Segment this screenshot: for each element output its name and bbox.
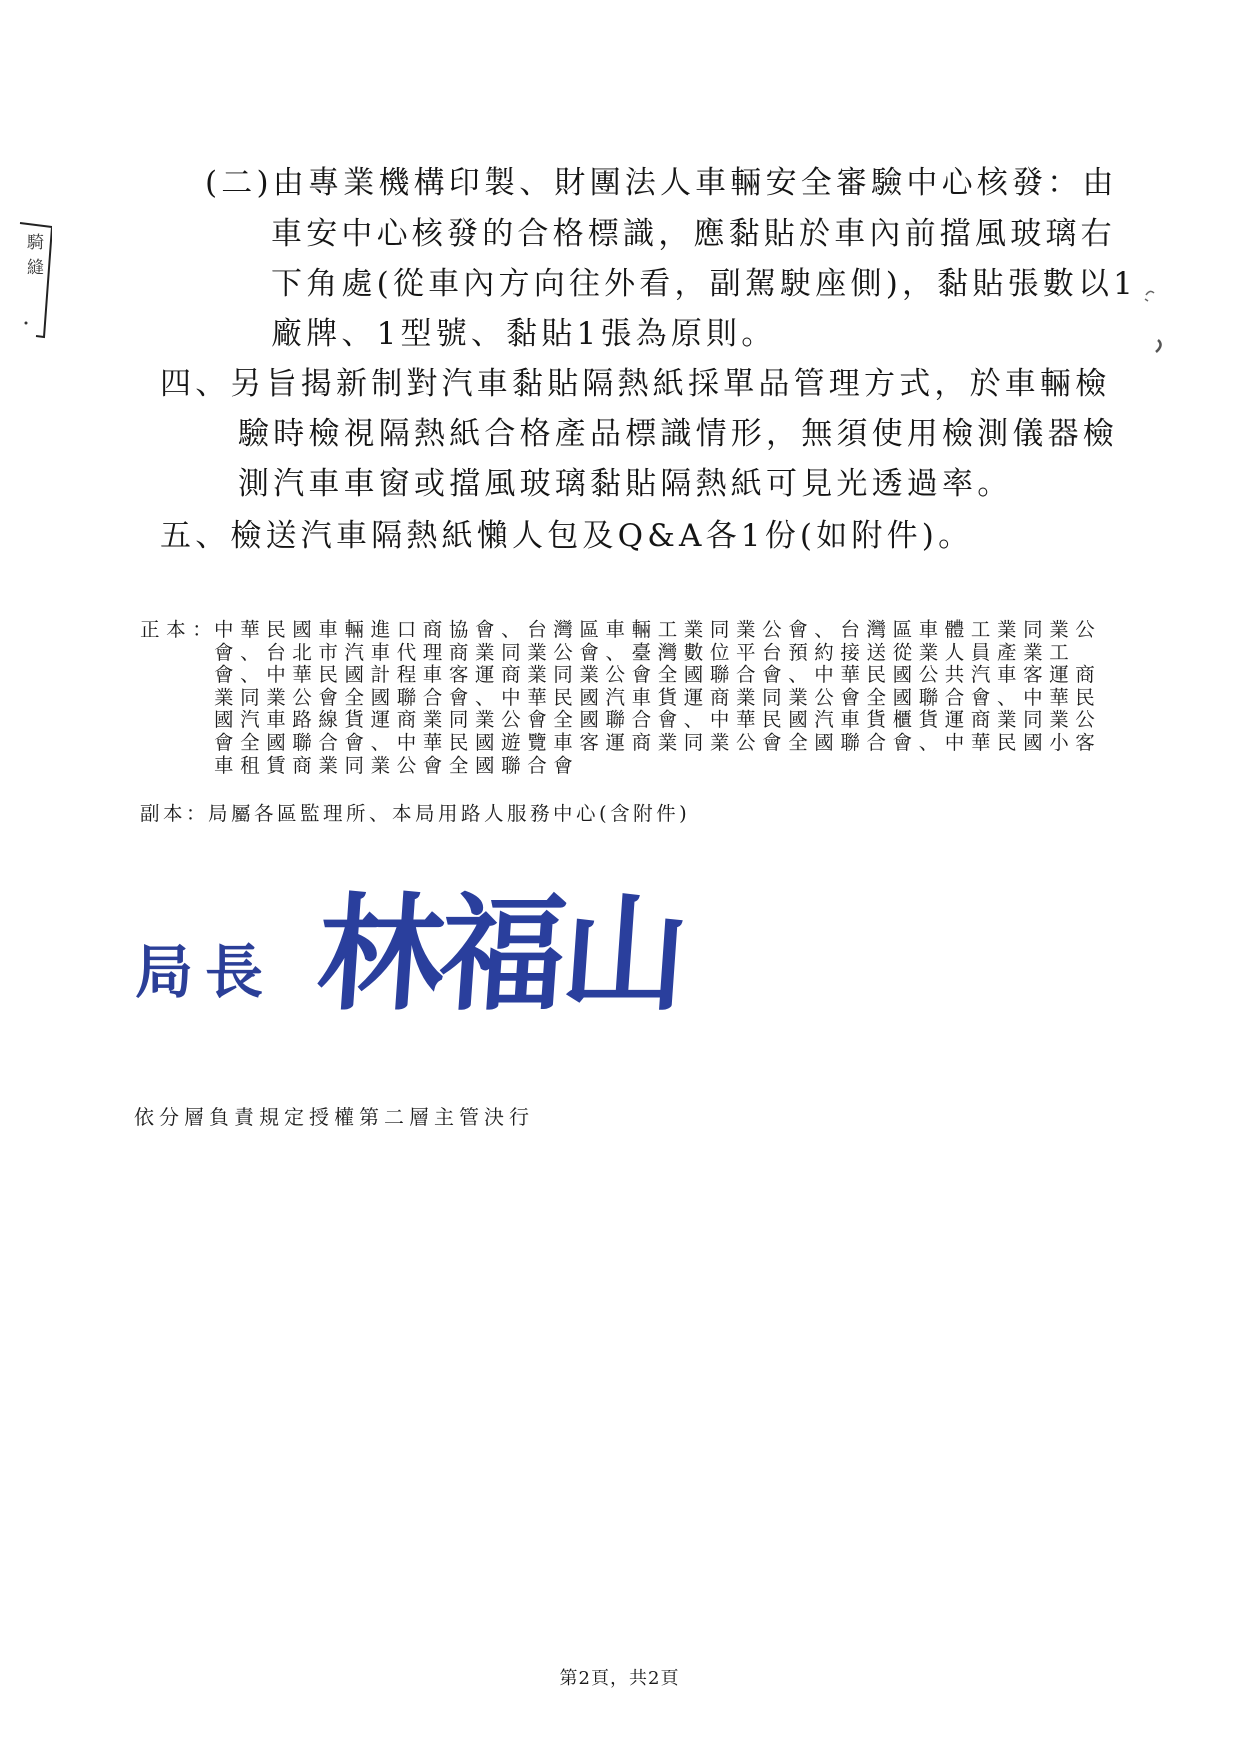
body-line: 廠牌、1型號、黏貼1張為原則。 bbox=[271, 314, 776, 354]
margin-binding-stamp: 騎縫 bbox=[18, 215, 48, 340]
body-line: 車安中心核發的合格標識，應黏貼於車內前擋風玻璃右 bbox=[271, 214, 1116, 254]
margin-stamp-text: 騎縫 bbox=[19, 233, 47, 283]
body-line: 驗時檢視隔熱紙合格產品標識情形，無須使用檢測儀器檢 bbox=[238, 414, 1118, 454]
signature-title: 局長 bbox=[135, 925, 275, 1009]
recipient-line: 車租賃商業同業公會全國聯合會 bbox=[214, 755, 1101, 778]
scan-artifact-icon bbox=[1140, 285, 1170, 355]
recipient-line: 會、中華民國計程車客運商業同業公會全國聯合會、中華民國公共汽車客運商 bbox=[214, 664, 1101, 687]
body-line: 四、另旨揭新制對汽車黏貼隔熱紙採單品管理方式，於車輛檢 bbox=[160, 364, 1110, 404]
signature-name-stamp: 林福山 bbox=[313, 880, 689, 1030]
authorization-note: 依分層負責規定授權第二層主管決行 bbox=[134, 1101, 534, 1130]
recipient-line: 業同業公會全國聯合會、中華民國汽車貨運商業同業公會全國聯合會、中華民 bbox=[214, 687, 1101, 710]
original-recipients: 中華民國車輛進口商協會、台灣區車輛工業同業公會、台灣區車體工業同業公 會、台北市… bbox=[214, 619, 1101, 777]
body-line: 五、檢送汽車隔熱紙懶人包及Q&A各1份(如附件)。 bbox=[160, 516, 973, 556]
recipient-line: 會、台北市汽車代理商業同業公會、臺灣數位平台預約接送從業人員產業工 bbox=[214, 642, 1101, 665]
body-line: 測汽車車窗或擋風玻璃黏貼隔熱紙可見光透過率。 bbox=[238, 464, 1012, 504]
distribution-copy: 副本： 局屬各區監理所、本局用路人服務中心(含附件) bbox=[140, 803, 840, 829]
original-label: 正本： bbox=[140, 619, 218, 642]
recipient-line: 中華民國車輛進口商協會、台灣區車輛工業同業公會、台灣區車體工業同業公 bbox=[214, 619, 1101, 642]
copy-recipients: 局屬各區監理所、本局用路人服務中心(含附件) bbox=[208, 803, 690, 826]
page-indicator: 第2頁，共2頁 bbox=[0, 1664, 1239, 1690]
body-line: 下角處(從車內方向往外看，副駕駛座側)，黏貼張數以1 bbox=[271, 264, 1137, 304]
copy-label: 副本： bbox=[140, 803, 209, 826]
body-line: (二)由專業機構印製、財團法人車輛安全審驗中心核發：由 bbox=[205, 163, 1118, 203]
recipient-line: 國汽車路線貨運商業同業公會全國聯合會、中華民國汽車貨櫃貨運商業同業公 bbox=[214, 709, 1101, 732]
recipient-line: 會全國聯合會、中華民國遊覽車客運商業同業公會全國聯合會、中華民國小客 bbox=[214, 732, 1101, 755]
distribution-original: 正本： 中華民國車輛進口商協會、台灣區車輛工業同業公會、台灣區車體工業同業公 會… bbox=[140, 619, 1100, 789]
